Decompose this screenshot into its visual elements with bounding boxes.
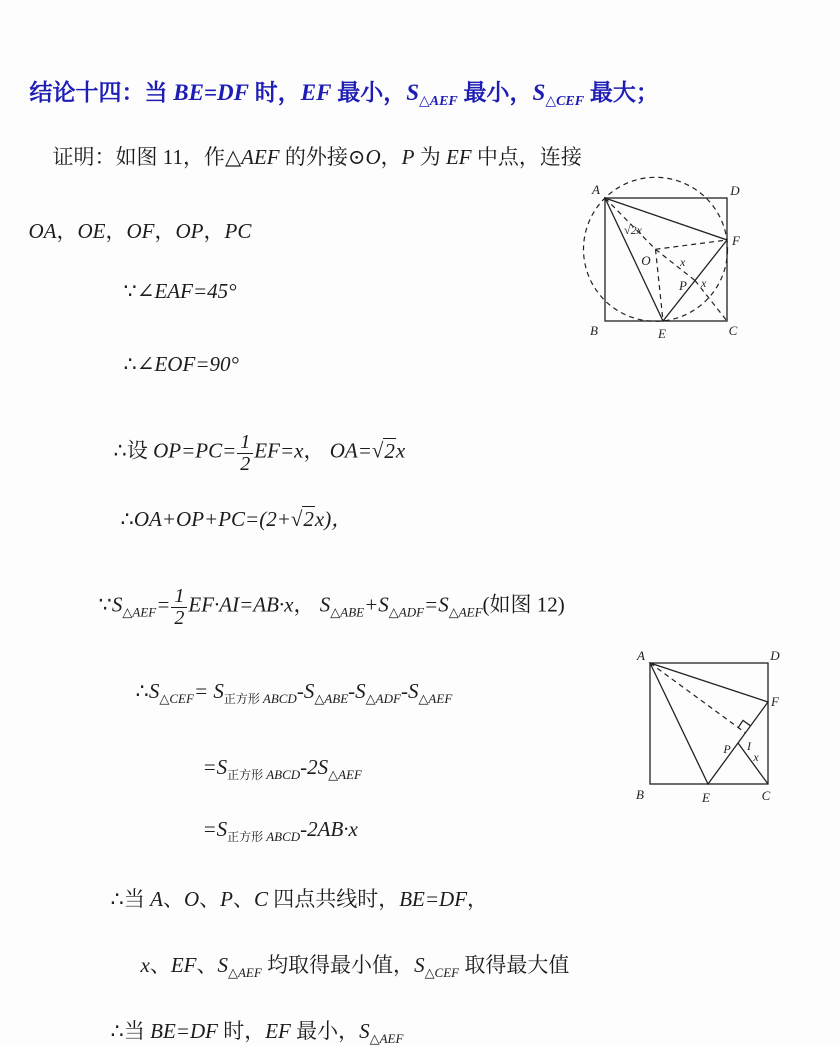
figure-12-diagram: A D B C E F P I x [628, 648, 790, 808]
therefore-symbol: ∴ [111, 887, 124, 911]
proof-line-minmax: x、EF、S△AEF 均取得最小值，S△CEF 取得最大值 [130, 926, 569, 982]
therefore-symbol: ∴ [136, 679, 149, 703]
fig12-triangle-aef [650, 663, 768, 784]
proof-line-collinear: ∴当 A、O、P、C 四点共线时，BE=DF， [100, 860, 488, 913]
proof-line-angle-eaf: ∵∠EAF=45° [113, 252, 237, 305]
proof-line-conclusion: ∴当 BE=DF 时，EF 最小，S△AEF [100, 992, 403, 1046]
proof-line-angle-eof: ∴∠EOF=90° [113, 325, 239, 378]
proof-line-segments: OA，OE，OF，OP，PC [18, 192, 251, 245]
fig11-dashed-radii [605, 198, 727, 321]
fig12-label-P: P [722, 742, 731, 756]
fig11-label-B: B [590, 323, 598, 338]
fig12-label-F: F [770, 694, 780, 709]
radical-sign: √ [291, 507, 303, 531]
proof-line-intro: 证明：如图 11，作△AEF 的外接⊙O，P 为 EF 中点，连接 [42, 118, 582, 171]
therefore-symbol: ∴ [114, 439, 127, 463]
proof-line-setup: ∴设 OP=PC=12EF=x， OA=√2x [103, 406, 405, 474]
fig12-label-D: D [769, 648, 780, 663]
fig12-perpendicular-ai [650, 663, 745, 733]
fig12-square [650, 663, 768, 784]
fig11-label-O: O [641, 253, 651, 268]
angle-symbol: ∠ [137, 352, 155, 376]
fig11-triangle-aef [605, 198, 727, 321]
therefore-symbol: ∴ [124, 352, 137, 376]
because-symbol: ∵ [99, 593, 112, 617]
fig12-label-B: B [636, 787, 644, 802]
fig11-label-A: A [591, 182, 600, 197]
therefore-symbol: ∴ [121, 507, 134, 531]
fig11-label-F: F [731, 233, 741, 248]
figure-11-diagram: A D B C E F O P √2x x x [575, 168, 753, 344]
fig11-label-P: P [678, 278, 687, 293]
proof-line-sum: ∴OA+OP+PC=(2+√2x)， [110, 480, 352, 533]
fig12-label-x: x [752, 750, 759, 764]
fig11-label-radius: √2x [624, 223, 643, 237]
fig12-label-E: E [701, 790, 710, 805]
document-page: { "page": {"background": "#fdfdfd", "tit… [0, 0, 840, 1046]
title-text: 结论十四：当 [30, 80, 174, 105]
fig11-label-x-op: x [679, 255, 686, 269]
fig11-square [605, 198, 727, 321]
fig12-label-I: I [746, 739, 752, 753]
therefore-symbol: ∴ [111, 1019, 124, 1043]
proof-line-area-cef-3: =S正方形 ABCD-2AB·x [192, 790, 358, 846]
because-symbol: ∵ [124, 279, 137, 303]
proof-line-area-aef: ∵S△AEF=12EF·AI=AB·x， S△ABE+S△ADF=S△AEF(如… [88, 560, 565, 628]
angle-symbol: ∠ [137, 279, 155, 303]
fraction-one-half: 12 [236, 432, 254, 474]
proof-line-area-cef: ∴S△CEF= S正方形 ABCD-S△ABE-S△ADF-S△AEF [125, 652, 452, 708]
fraction-one-half: 12 [170, 586, 188, 628]
fig11-label-E: E [657, 326, 666, 341]
fig12-right-angle-mark [738, 720, 750, 727]
fig12-label-C: C [762, 788, 771, 803]
radical-sign: √ [372, 439, 384, 463]
fig12-label-A: A [636, 648, 645, 663]
fig11-label-D: D [729, 183, 740, 198]
fig11-label-x-pc: x [700, 276, 707, 290]
fig11-label-C: C [729, 323, 738, 338]
conclusion-title: 结论十四：当 BE=DF 时，EF 最小，S△AEF 最小，S△CEF 最大； [18, 50, 659, 110]
proof-line-area-cef-2: =S正方形 ABCD-2S△AEF [192, 728, 362, 784]
